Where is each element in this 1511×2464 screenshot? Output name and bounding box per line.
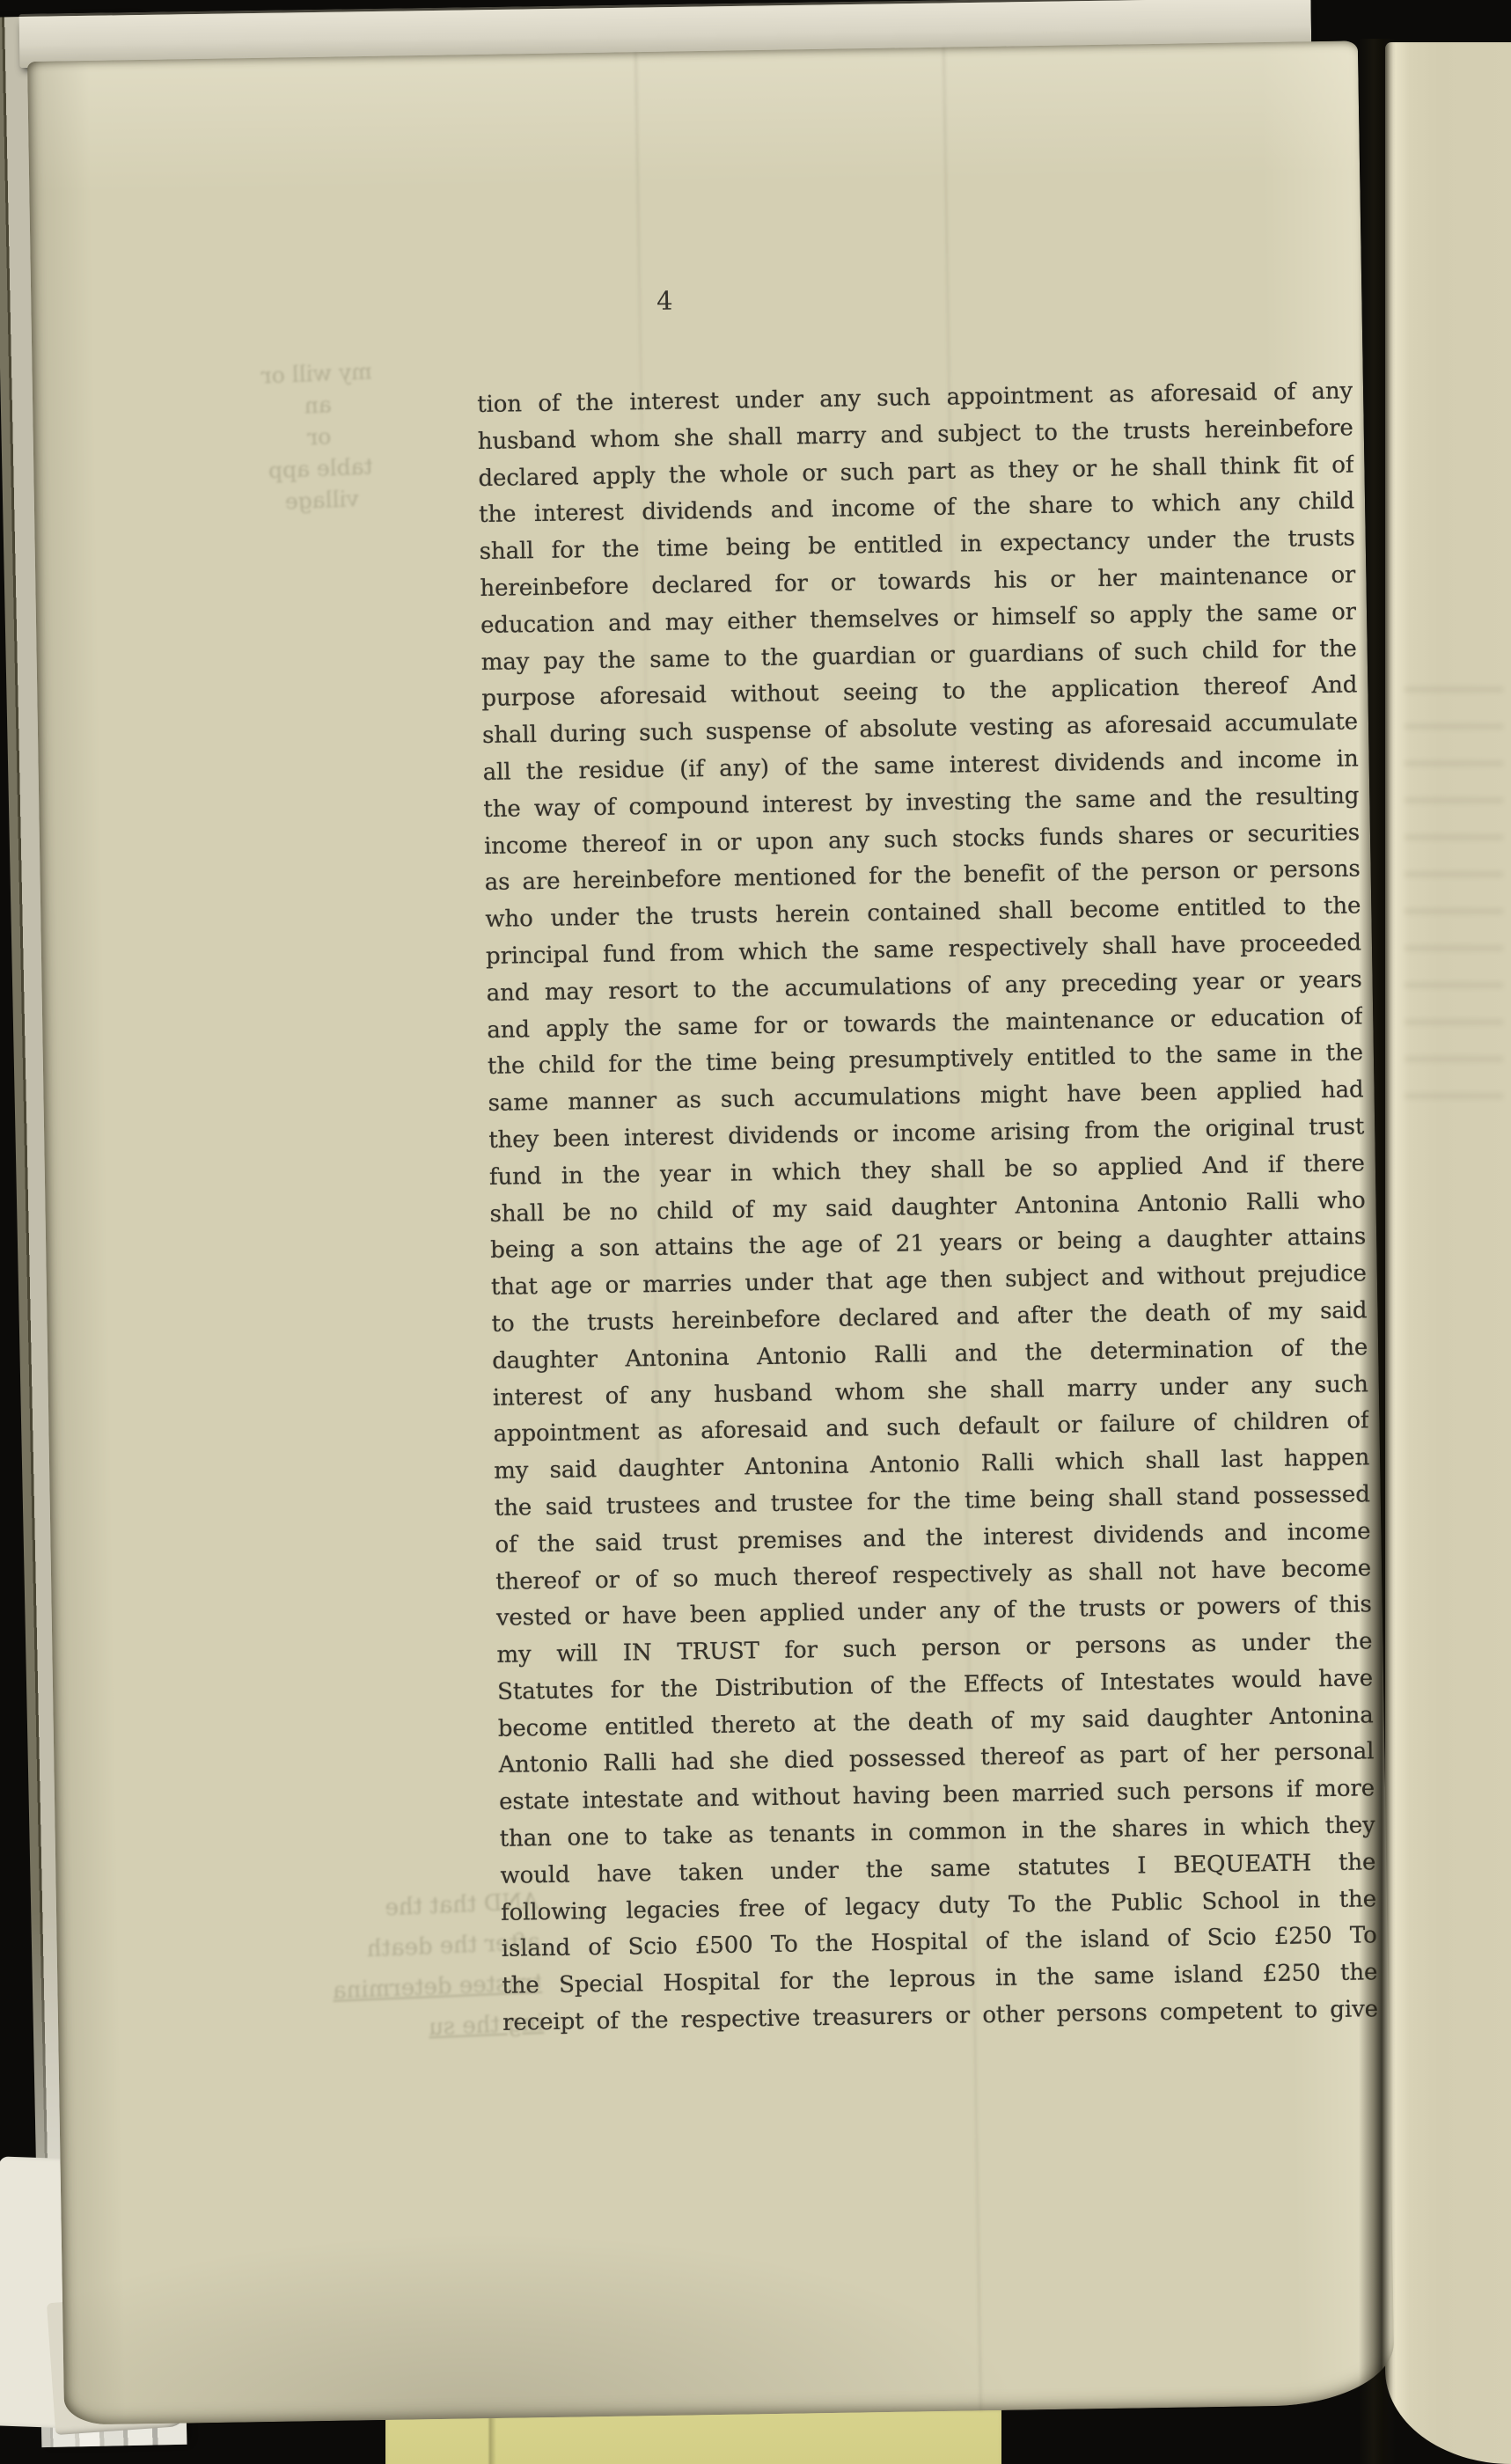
show-through-smudge (1405, 686, 1503, 1100)
page-text: tion of the interest under any such appo… (477, 373, 1378, 2042)
show-through-text: my will oranortable appvillage (171, 352, 467, 523)
show-through-text: AND that theafter the deathtrustee deter… (186, 1881, 544, 2058)
opposite-page (1385, 42, 1511, 2464)
page-number: 4 (638, 285, 692, 316)
book-page: my will oranortable appvillage 4 tion of… (27, 40, 1395, 2424)
gutter-shadow (1359, 39, 1396, 2464)
